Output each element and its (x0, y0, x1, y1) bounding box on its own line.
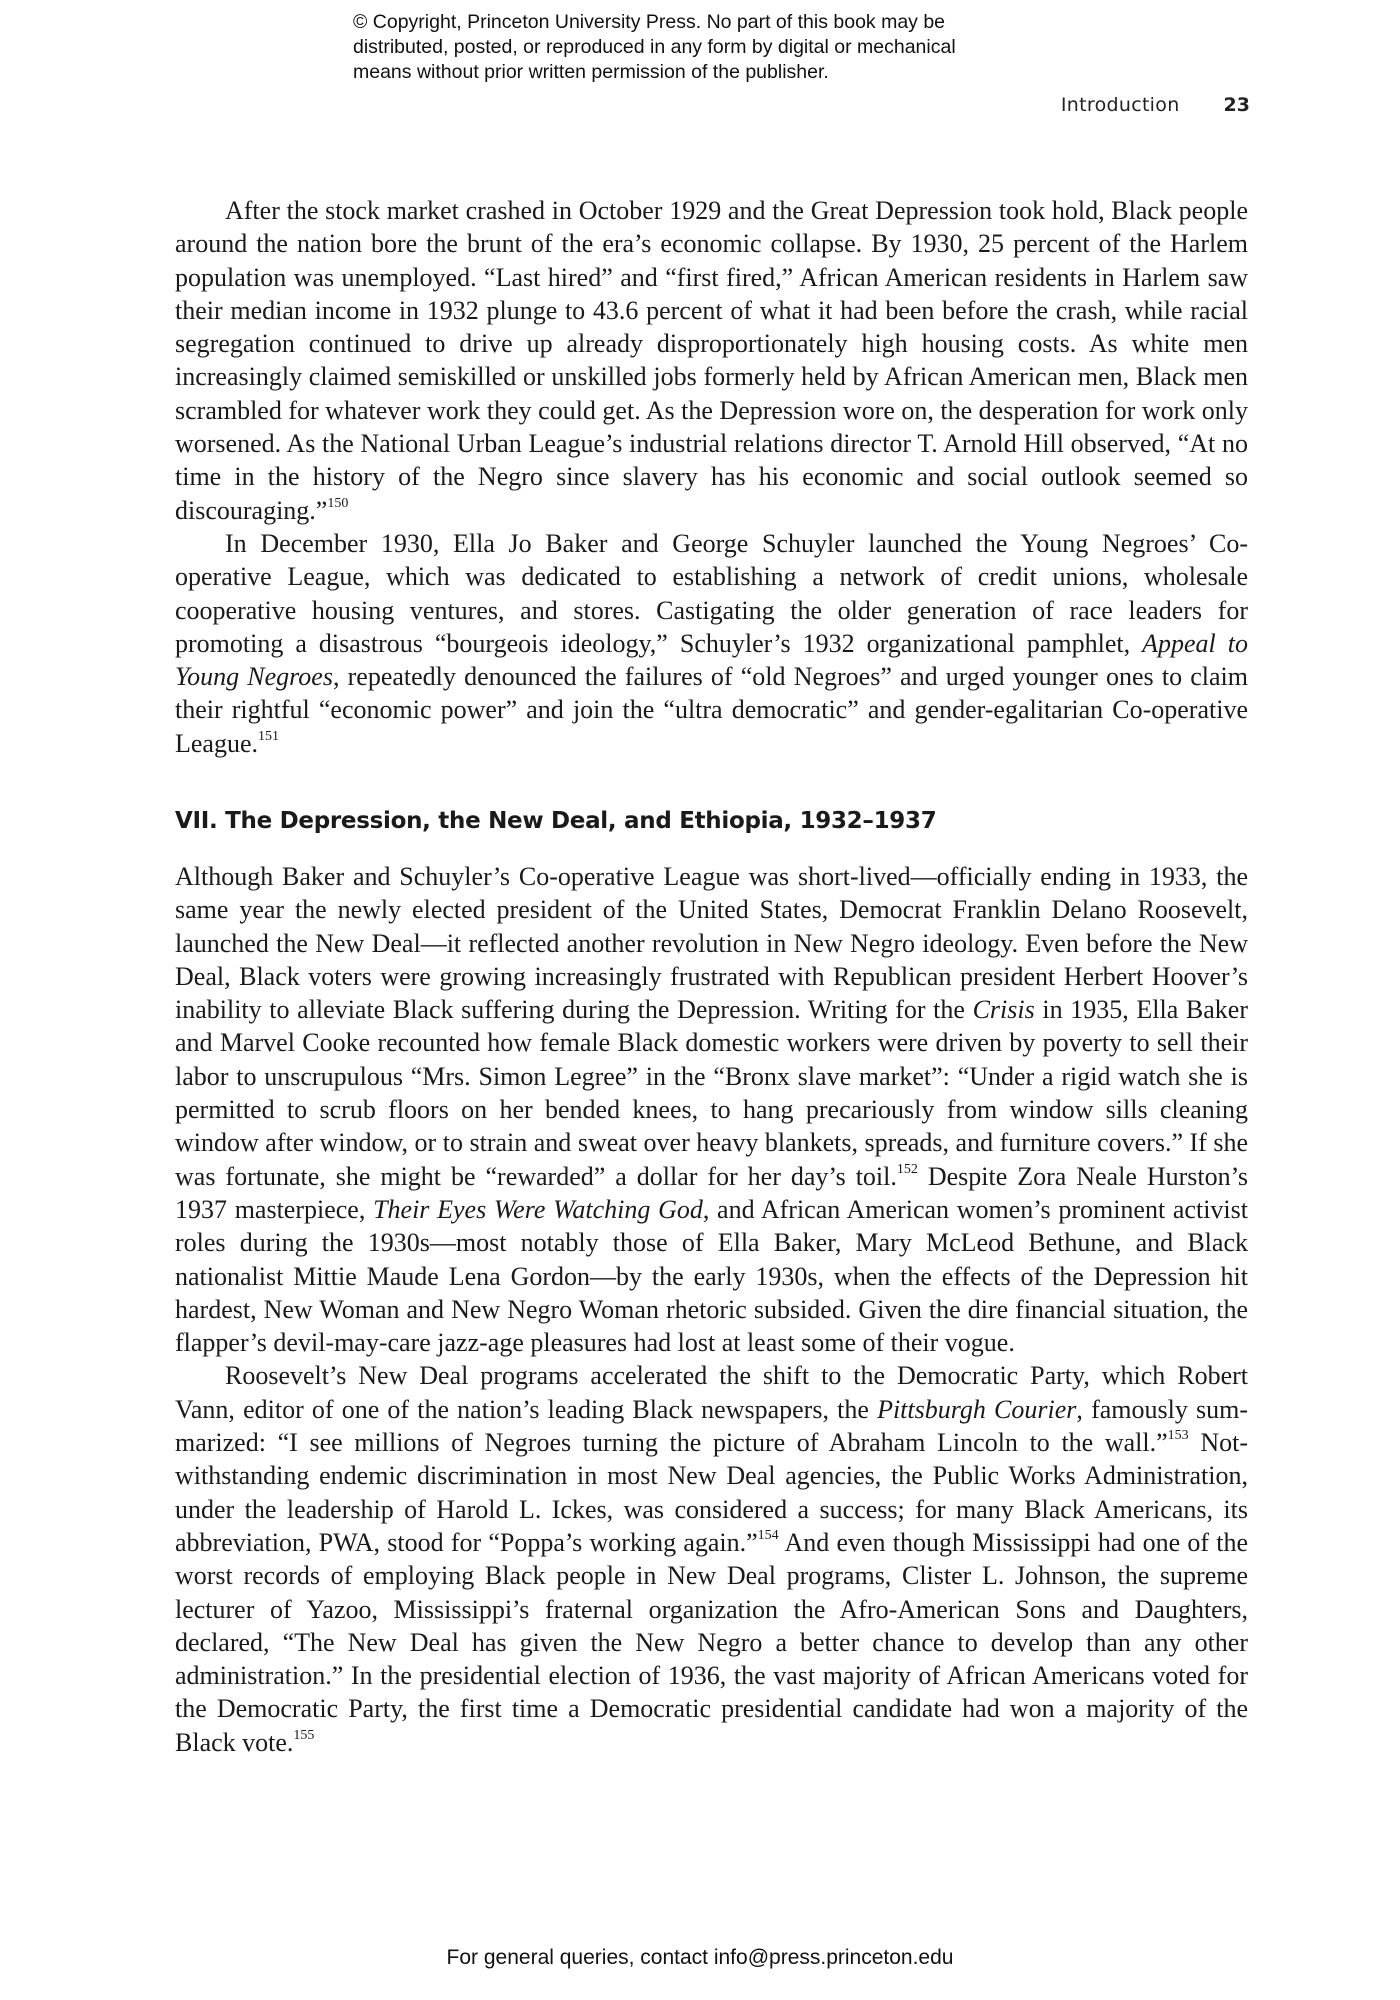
page-number: 23 (1224, 94, 1250, 116)
copyright-line-2: distributed, posted, or reproduced in an… (353, 35, 1073, 60)
footnote-marker[interactable]: 154 (758, 1528, 779, 1543)
footer-contact: For general queries, contact info@press.… (0, 1946, 1400, 1970)
body-text-after-heading: Although Baker and Schuyler’s Co-operati… (175, 860, 1248, 1759)
footnote-marker[interactable]: 153 (1168, 1428, 1189, 1443)
paragraph: After the stock market crashed in Octobe… (175, 194, 1248, 527)
italic-title: Their Eyes Were Watching God (373, 1195, 703, 1224)
running-head: Introduction 23 (1061, 94, 1250, 116)
copyright-notice: © Copyright, Princeton University Press.… (353, 10, 1073, 85)
copyright-line-1: © Copyright, Princeton University Press.… (353, 10, 1073, 35)
paragraph: Although Baker and Schuyler’s Co-operati… (175, 860, 1248, 1359)
body-text-before-heading: After the stock market crashed in Octobe… (175, 194, 1248, 760)
footnote-marker[interactable]: 152 (897, 1162, 918, 1177)
italic-title: Appeal to Young Negroes (175, 629, 1248, 691)
footnote-marker[interactable]: 150 (327, 496, 348, 511)
copyright-line-3: means without prior written permission o… (353, 60, 1073, 85)
paragraph: Roosevelt’s New Deal programs accelerate… (175, 1359, 1248, 1759)
footnote-marker[interactable]: 151 (258, 729, 279, 744)
italic-title: Crisis (973, 995, 1035, 1024)
italic-title: Pittsburgh Courier (877, 1395, 1076, 1424)
running-head-section: Introduction (1061, 94, 1180, 116)
paragraph: In December 1930, Ella Jo Baker and Geor… (175, 527, 1248, 760)
section-heading: VII. The Depression, the New Deal, and E… (175, 808, 936, 834)
footnote-marker[interactable]: 155 (293, 1728, 314, 1743)
